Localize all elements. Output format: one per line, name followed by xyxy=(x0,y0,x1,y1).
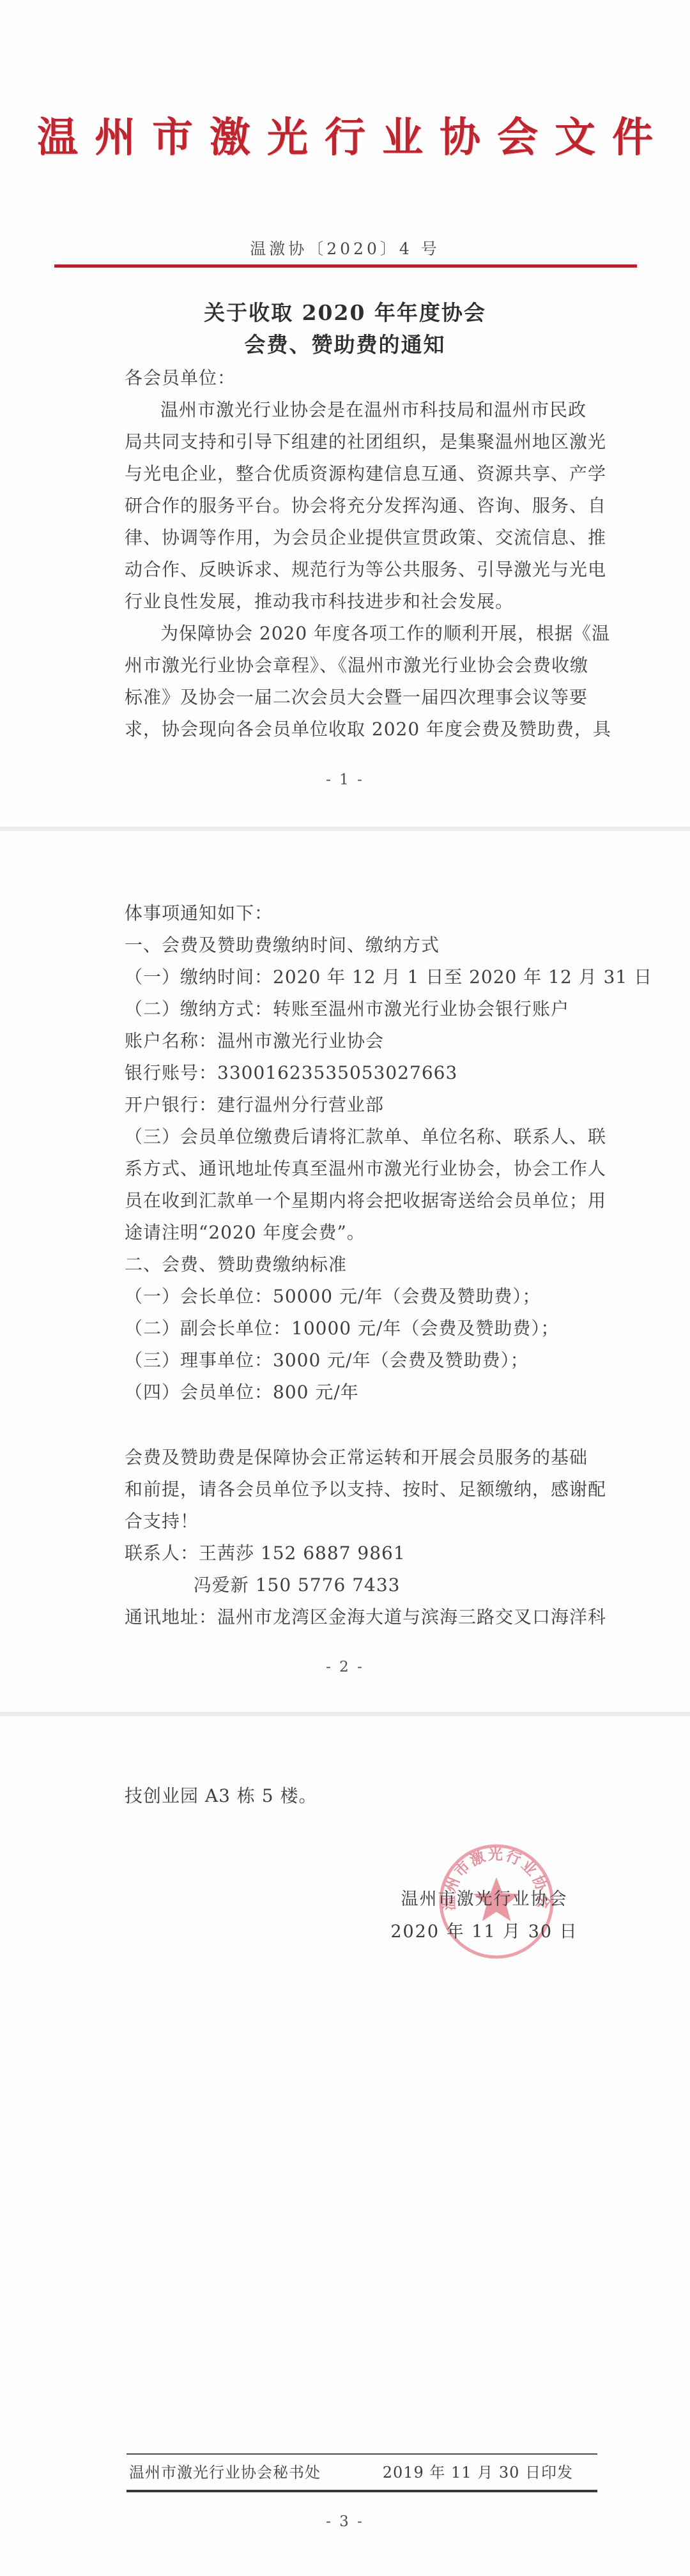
colophon-row: 温州市激光行业协会秘书处 2019 年 11 月 30 日印发 xyxy=(126,2455,597,2487)
body-line: 研合作的服务平台。协会将充分发挥沟通、咨询、服务、自 xyxy=(125,490,575,522)
mailing-address: 通讯地址：温州市龙湾区金海大道与滨海三路交叉口海洋科 xyxy=(125,1601,575,1633)
page2-body: 体事项通知如下： 一、会费及赞助费缴纳时间、缴纳方式 （一）缴纳时间：2020 … xyxy=(125,897,575,1633)
body-line: 员在收到汇款单一个星期内将会把收据寄送给会员单位；用 xyxy=(125,1185,575,1217)
fee-item: （三）理事单位：3000 元/年（会费及赞助费）； xyxy=(125,1345,575,1376)
salutation: 各会员单位： xyxy=(125,362,575,394)
body-line: 动合作、反映诉求、规范行为等公共服务、引导激光与光电 xyxy=(125,554,575,586)
body-line: 律、协调等作用，为会员企业提供宣贯政策、交流信息、推 xyxy=(125,522,575,554)
body-line: 温州市激光行业协会是在温州市科技局和温州市民政 xyxy=(125,394,575,426)
notice-title-line2: 会费、赞助费的通知 xyxy=(0,329,690,361)
mailing-address-continued: 技创业园 A3 栋 5 楼。 xyxy=(125,1780,317,1812)
notice-title: 关于收取 2020 年年度协会 会费、赞助费的通知 xyxy=(0,297,690,361)
body-line: （三）会员单位缴费后请将汇款单、单位名称、联系人、联 xyxy=(125,1121,575,1153)
fee-item: （一）会长单位：50000 元/年（会费及赞助费）； xyxy=(125,1281,575,1313)
page3-number: - 3 - xyxy=(0,2513,690,2531)
page1-body: 各会员单位： 温州市激光行业协会是在温州市科技局和温州市民政 局共同支持和引导下… xyxy=(125,362,575,745)
red-divider-line xyxy=(54,264,637,268)
body-line: （二）缴纳方式：转账至温州市激光行业协会银行账户 xyxy=(125,993,575,1025)
body-line: 系方式、通讯地址传真至温州市激光行业协会，协会工作人 xyxy=(125,1153,575,1185)
print-date: 2019 年 11 月 30 日印发 xyxy=(383,2460,573,2482)
body-line: 州市激光行业协会章程》、《温州市激光行业协会会费收缴 xyxy=(125,650,575,682)
body-line: 会费及赞助费是保障协会正常运转和开展会员服务的基础 xyxy=(125,1442,575,1474)
body-line: 局共同支持和引导下组建的社团组织，是集聚温州地区激光 xyxy=(125,426,575,458)
body-line: 途请注明“2020 年度会费”。 xyxy=(125,1217,575,1249)
body-line: 行业良性发展，推动我市科技进步和社会发展。 xyxy=(125,586,575,618)
page1-number: - 1 - xyxy=(0,771,690,789)
page-separator xyxy=(0,827,690,831)
body-line: 和前提，请各会员单位予以支持、按时、足额缴纳，感谢配 xyxy=(125,1474,575,1505)
colophon-bottom-line xyxy=(126,2490,597,2492)
body-line: 标准》及协会一届二次会员大会暨一届四次理事会议等要 xyxy=(125,682,575,713)
section-heading: 一、会费及赞助费缴纳时间、缴纳方式 xyxy=(125,929,575,961)
signature-block: 温州市激光行业协会 2020 年 11 月 30 日 xyxy=(350,1883,618,1948)
body-line: 体事项通知如下： xyxy=(125,897,575,929)
body-line: 合支持！ xyxy=(125,1505,575,1537)
signature-org: 温州市激光行业协会 xyxy=(350,1883,618,1916)
bank-branch: 开户银行：建行温州分行营业部 xyxy=(125,1089,575,1121)
contact-person-2: 冯爱新 150 5776 7433 xyxy=(125,1569,575,1601)
document-number: 温激协〔2020〕4 号 xyxy=(0,236,690,259)
page-separator xyxy=(0,1712,690,1716)
bank-account-number: 银行账号：33001623535053027663 xyxy=(125,1057,575,1089)
body-line: 与光电企业，整合优质资源构建信息互通、资源共享、产学 xyxy=(125,458,575,490)
issuing-office: 温州市激光行业协会秘书处 xyxy=(129,2460,321,2482)
document-colophon: 温州市激光行业协会秘书处 2019 年 11 月 30 日印发 xyxy=(126,2453,597,2492)
scanned-document: 温州市激光行业协会文件 温激协〔2020〕4 号 关于收取 2020 年年度协会… xyxy=(0,0,690,2576)
body-line: （一）缴纳时间：2020 年 12 月 1 日至 2020 年 12 月 31 … xyxy=(125,961,575,993)
body-line: 为保障协会 2020 年度各项工作的顺利开展，根据《温 xyxy=(125,618,575,650)
contact-person-1: 联系人：王茜莎 152 6887 9861 xyxy=(125,1537,575,1569)
page2-number: - 2 - xyxy=(0,1658,690,1676)
section-heading: 二、会费、赞助费缴纳标准 xyxy=(125,1249,575,1281)
body-line: 求，协会现向各会员单位收取 2020 年度会费及赞助费，具 xyxy=(125,713,575,745)
notice-title-line1: 关于收取 2020 年年度协会 xyxy=(0,297,690,329)
red-letterhead-title: 温州市激光行业协会文件 xyxy=(0,105,690,164)
bank-account-name: 账户名称：温州市激光行业协会 xyxy=(125,1025,575,1057)
signature-date: 2020 年 11 月 30 日 xyxy=(350,1916,618,1948)
fee-item: （二）副会长单位：10000 元/年（会费及赞助费）； xyxy=(125,1313,575,1345)
fee-item: （四）会员单位：800 元/年 xyxy=(125,1376,575,1408)
